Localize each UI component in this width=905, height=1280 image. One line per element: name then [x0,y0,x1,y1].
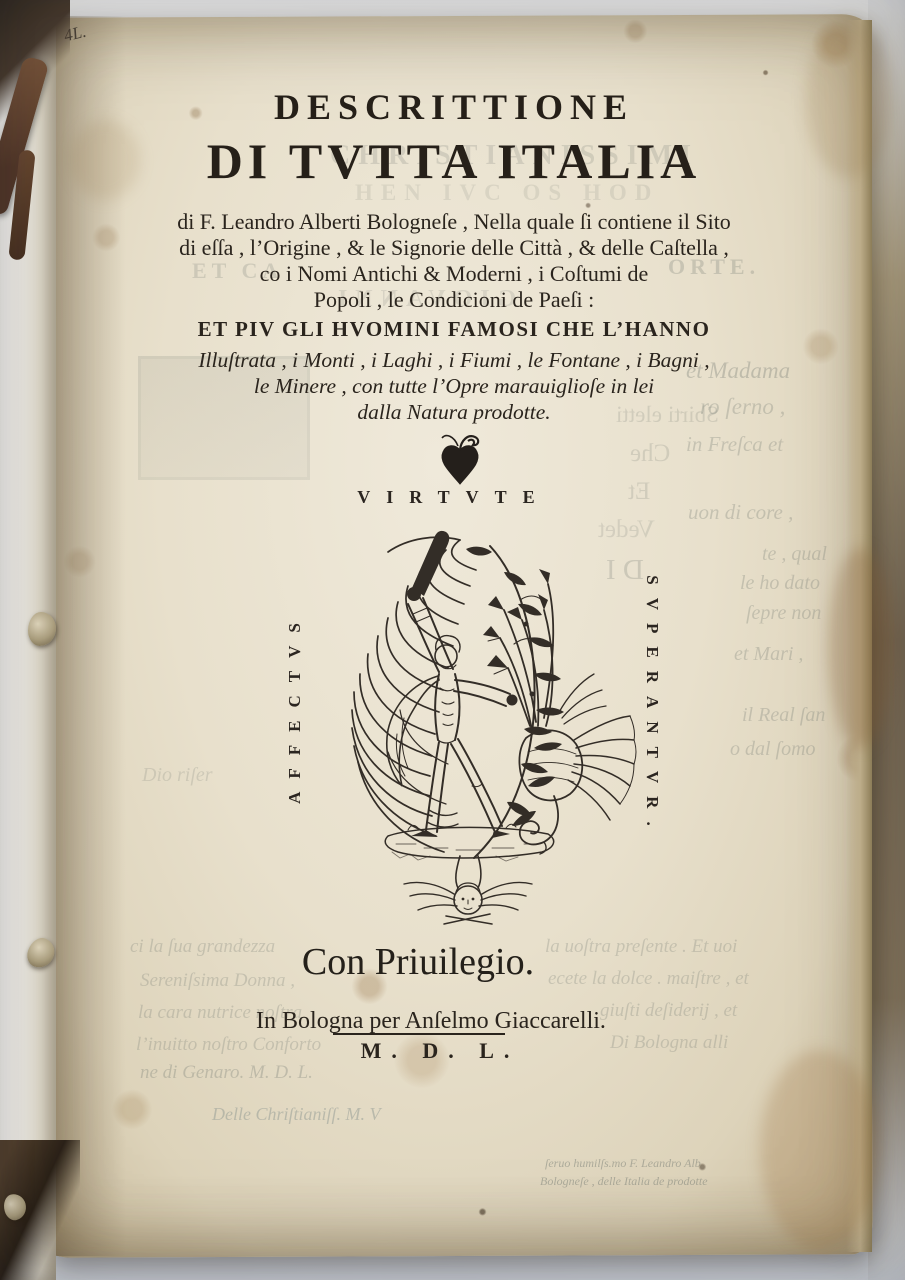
page-stack-edge [868,0,905,1280]
subtitle-line: co i Nomi Antichi & Moderni , i Coſtumi … [38,261,870,287]
title-line-2: DI TVTTA ITALIA [38,132,870,190]
showthrough-text: et Mari , [734,643,803,666]
imprint-date: M. D. L. [24,1038,856,1064]
showthrough-text: te , qual [762,543,827,566]
book-photo: CHRISTIANISSIMI HEN IVC OS HOD ET CA ORT… [0,0,905,1280]
title-line-1: DESCRITTIONE [38,86,870,128]
famosi-heading: ET PIV GLI HVOMINI FAMOSI CHE L’HANNO [38,317,870,342]
famosi-line: le Minere , con tutte l’Opre marauiglioſ… [38,374,870,399]
cherub-head [404,856,532,924]
showthrough-text: Delle Chriſtianiſſ. M. V [212,1104,381,1125]
showthrough-text: o dal ſomo [730,738,816,761]
showthrough-text: Dio riſer [142,764,213,787]
showthrough-note: ſeruo humilſs.mo F. Leandro Alb [545,1156,701,1171]
hedera-fleuron-icon [438,426,482,490]
fore-edge [846,20,872,1252]
subtitle-line: di eſſa , l’Origine , & le Signorie dell… [38,235,870,261]
showthrough-text: in Freſca et [686,432,783,457]
showthrough-text: ſepre non [746,602,821,625]
imprint-line: In Bologna per Anſelmo Giaccarelli. [15,1008,847,1035]
ground-mound [385,824,553,861]
showthrough-text-mirrored: Che [630,440,670,468]
famosi-line: dalla Natura prodotte. [38,400,870,425]
hercules-figure [387,531,518,838]
subtitle-line: di F. Leandro Alberti Bologneſe , Nella … [38,209,870,235]
showthrough-text: ne di Genaro. M. D. L. [140,1062,313,1084]
showthrough-text: le ho dato [740,572,820,595]
hercules-hydra-emblem [296,504,641,944]
gutter-shadow [56,16,126,1256]
showthrough-text: il Real ſan [742,704,825,727]
emblem-motto-right: SVPERANTVR. [642,567,662,847]
hydra-figure [483,569,636,854]
imprint-rule [333,1033,505,1035]
privilege-line: Con Priuilegio. [2,940,834,984]
subtitle-line: Popoli , le Condicioni de Paeſi : [38,287,870,313]
showthrough-note: Bologneſe , delle Italia de prodotte [540,1174,708,1189]
famosi-line: Illuſtrata , i Monti , i Laghi , i Fiumi… [38,348,870,373]
